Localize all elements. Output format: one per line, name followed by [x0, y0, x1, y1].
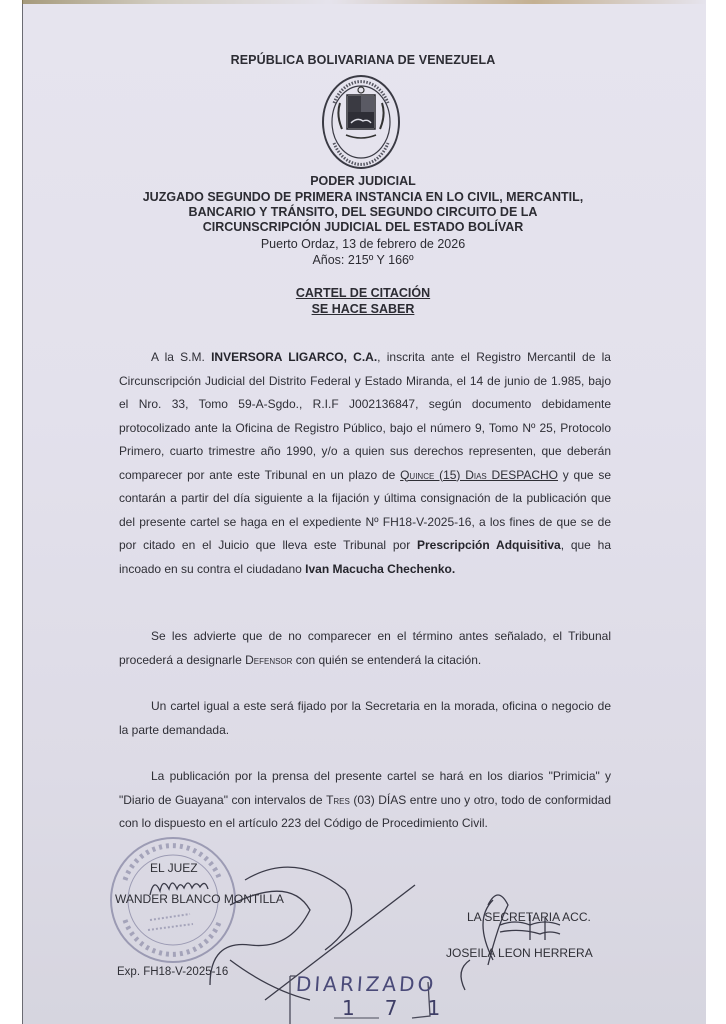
stamp-word: DIARIZADO [295, 972, 437, 996]
secretary-name: JOSEILA LEON HERRERA [446, 946, 593, 960]
text-span: con quién se entenderá la citación. [292, 653, 481, 667]
document-subtitle: SE HACE SABER [0, 302, 726, 316]
stamp-day: 171 [342, 996, 470, 1020]
paragraph-warning: Se les advierte que de no comparecer en … [119, 625, 611, 672]
coat-of-arms-seal-icon [320, 73, 402, 171]
text-span: Un cartel igual a este será fijado por l… [119, 695, 611, 742]
judge-name: WANDER BLANCO MONTILLA [115, 892, 284, 906]
court-name: JUZGADO SEGUNDO DE PRIMERA INSTANCIA EN … [40, 190, 686, 235]
text-span: , inscrita ante el Registro Mercantil de… [119, 350, 611, 482]
diarizado-stamp: DIARIZADO 171 [284, 972, 434, 1024]
document-title: CARTEL DE CITACIÓN [0, 286, 726, 300]
paragraph-citation: A la S.M. INVERSORA LIGARCO, C.A., inscr… [119, 346, 611, 581]
judge-title: EL JUEZ [150, 861, 198, 875]
defensor-term: Defensor [245, 653, 292, 667]
branch-heading: PODER JUDICIAL [0, 174, 726, 188]
paper-top-edge [22, 0, 705, 4]
court-line-3: CIRCUNSCRIPCIÓN JUDICIAL DEL ESTADO BOLÍ… [40, 220, 686, 235]
paragraph-publication: La publicación por la prensa del present… [119, 765, 611, 836]
secretary-title: LA SECRETARIA ACC. [467, 910, 591, 924]
company-name: INVERSORA LIGARCO, C.A. [211, 350, 377, 364]
stamp-mark: 1 [427, 996, 470, 1020]
file-reference: Exp. FH18-V-2025-16 [117, 966, 228, 978]
court-line-2: BANCARIO Y TRÁNSITO, DEL SEGUNDO CIRCUIT… [40, 205, 686, 220]
stamp-day-number: 17 [342, 996, 427, 1020]
years-line: Años: 215º Y 166º [0, 253, 726, 267]
interval-term: Tres (03) DÍAS [326, 793, 406, 807]
place-date: Puerto Ordaz, 13 de febrero de 2026 [0, 237, 726, 251]
paragraph-posting: Un cartel igual a este será fijado por l… [119, 695, 611, 742]
country-heading: REPÚBLICA BOLIVARIANA DE VENEZUELA [0, 53, 726, 67]
text-span: A la S.M. [151, 350, 211, 364]
term-period: Quince (15) Dias DESPACHO [400, 468, 558, 482]
case-type: Prescripción Adquisitiva [417, 538, 561, 552]
court-line-1: JUZGADO SEGUNDO DE PRIMERA INSTANCIA EN … [40, 190, 686, 205]
plaintiff-name: Ivan Macucha Chechenko. [305, 562, 455, 576]
